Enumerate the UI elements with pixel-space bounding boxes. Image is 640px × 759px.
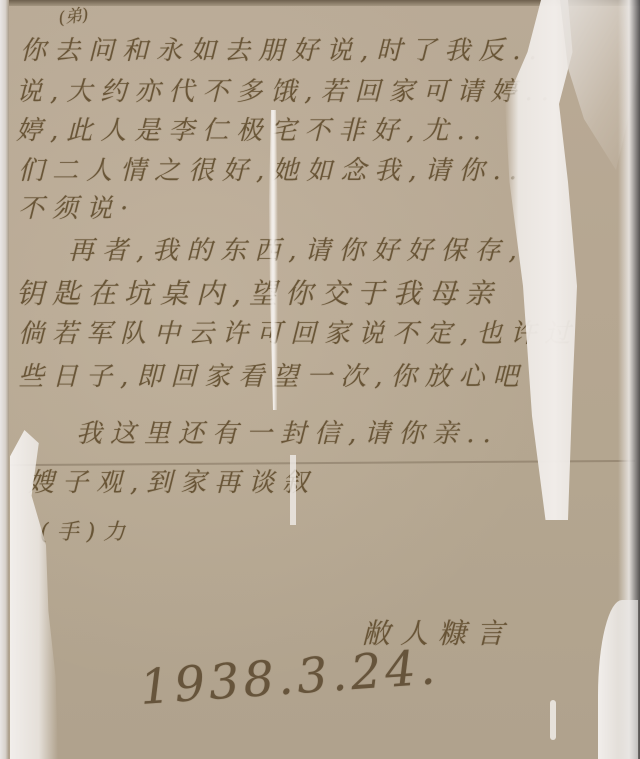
frame-left-edge — [0, 0, 9, 759]
frame-top-edge — [0, 0, 640, 6]
letter-photograph: (弟) 你去问和永如去朋好说,时了我反.. 说,大约亦代不多饿,若回家可请婷..… — [0, 0, 640, 759]
letter-line-8: 倘若军队中云许可回家说不定,也许过 — [18, 313, 578, 350]
letter-line-6: 再者,我的东西,请你好好保存, — [68, 230, 525, 267]
glare-right-top — [560, 0, 640, 170]
glare-small-dash — [550, 700, 556, 740]
letter-line-11: 嫂子观,到家再谈叙 — [28, 462, 316, 499]
letter-date: 1938.3.24. — [138, 639, 441, 716]
letter-line-9: 些日子,即回家看望一次,你放心吧 — [18, 356, 527, 393]
letter-line-3: 婷,此人是李仁极宅不非好,尤.. — [16, 110, 489, 147]
glare-right-bottom — [598, 600, 638, 759]
letter-line-4: 们二人情之很好,她如念我,请你.. — [18, 150, 525, 187]
letter-line-7: 钥匙在坑桌内,望你交于我母亲 — [16, 272, 501, 312]
letter-line-1: 你去问和永如去朋好说,时了我反.. — [20, 30, 545, 67]
letter-line-12: (手)力 — [40, 515, 133, 546]
letter-line-10: 我这里还有一封信,请你亲.. — [76, 413, 499, 450]
glare-right-edge — [618, 0, 640, 759]
letter-salutation: (弟) — [56, 0, 89, 29]
letter-line-2: 说,大约亦代不多饿,若回家可请婷.. — [16, 71, 557, 108]
letter-line-5: 不须说· — [18, 188, 136, 225]
